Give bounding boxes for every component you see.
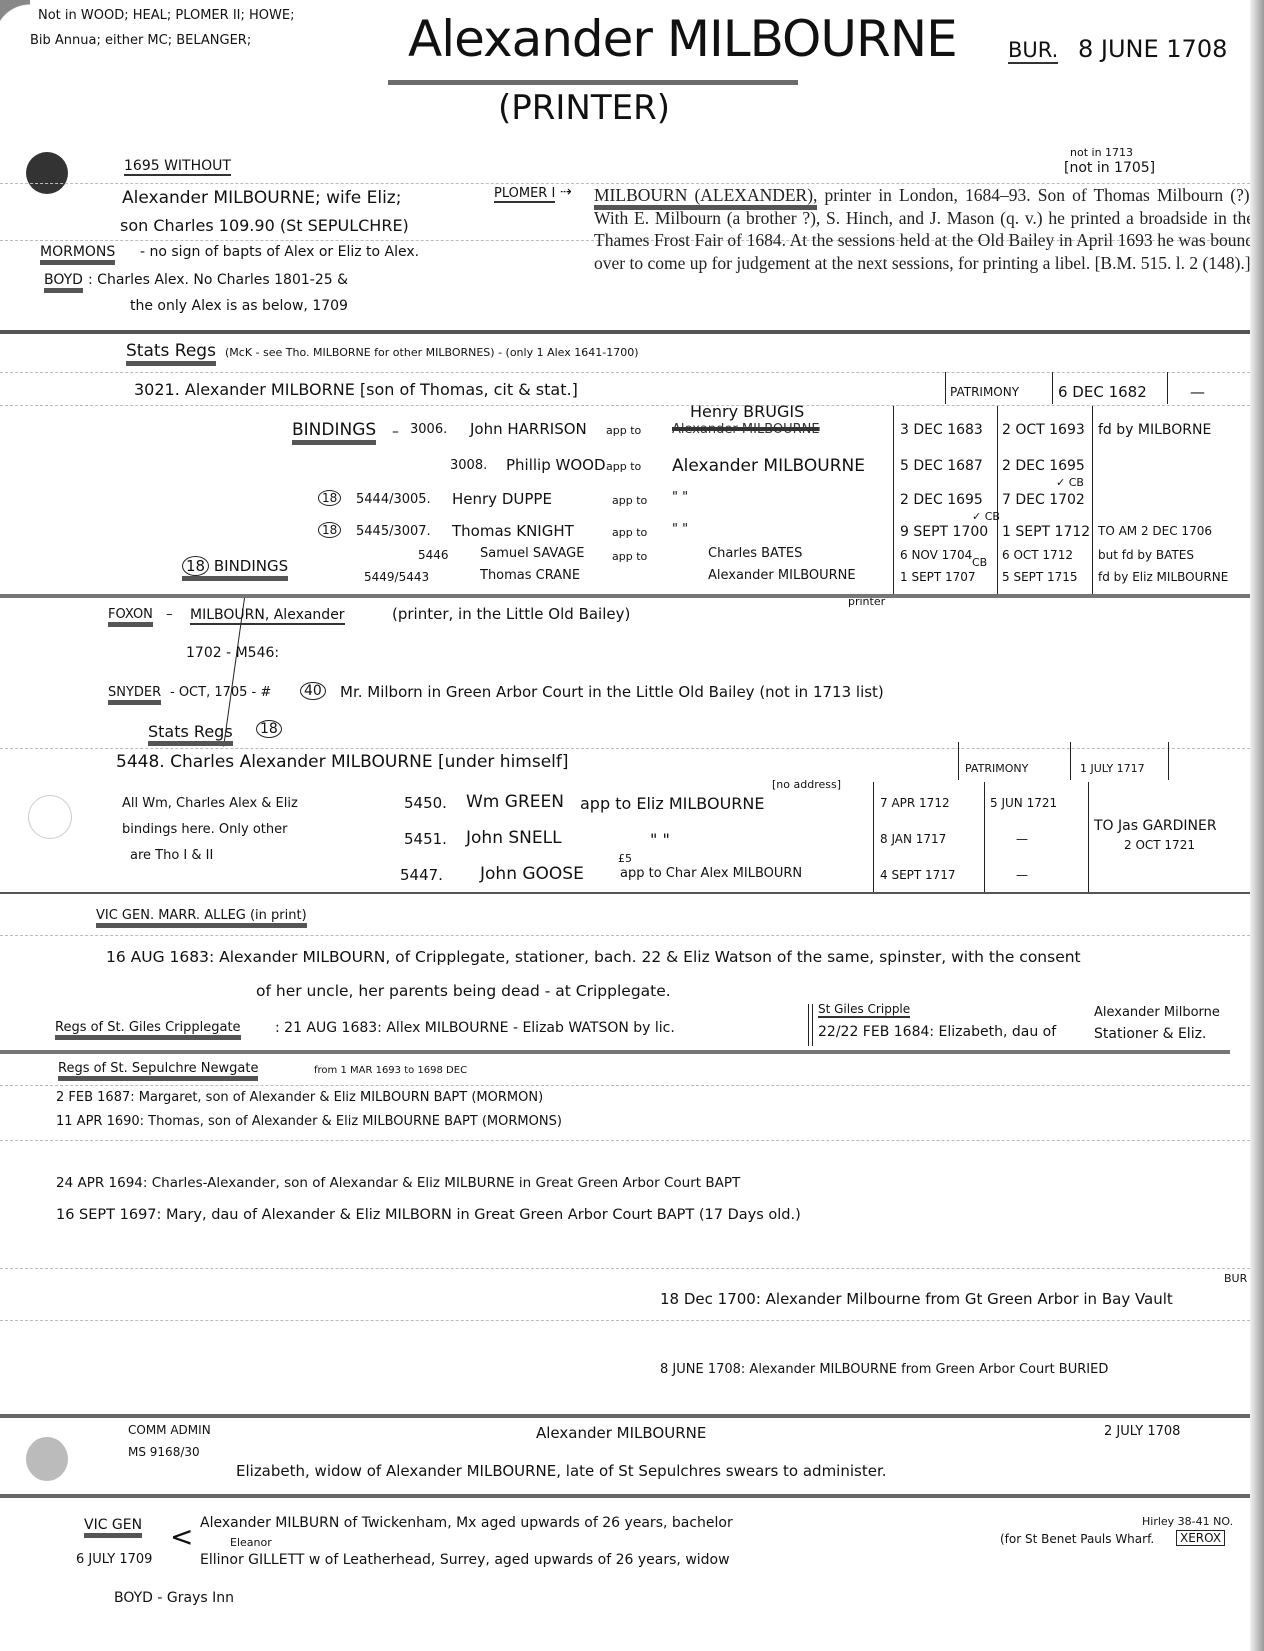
section-divider	[0, 594, 1250, 598]
entry2-status: PATRIMONY	[965, 762, 1028, 775]
binding-app: app to	[612, 526, 647, 539]
stats-regs-heading: Stats Regs	[126, 341, 216, 366]
transfer-note-1: TO Jas GARDINER	[1094, 818, 1217, 834]
binding-app: app to	[606, 424, 641, 437]
binding-freed-date: 6 OCT 1712	[1002, 548, 1073, 562]
punch-hole	[28, 795, 72, 839]
binding-freed-date: 5 SEPT 1715	[1002, 570, 1078, 584]
foxon-label: FOXON	[108, 607, 153, 627]
vic-gen-marr-line1: 16 AUG 1683: Alexander MILBOURN, of Crip…	[106, 948, 1081, 966]
binding-bound-date: 9 SEPT 1700	[900, 524, 988, 540]
binding-note: but fd by BATES	[1098, 548, 1194, 562]
binding-master: " "	[672, 522, 688, 537]
section-divider	[0, 330, 1250, 334]
stats-regs-entry: 3021. Alexander MILBORNE [son of Thomas,…	[134, 380, 578, 399]
comm-admin-text: Elizabeth, widow of Alexander MILBOURNE,…	[236, 1462, 887, 1480]
check-icon: ✓ CB	[1056, 476, 1084, 489]
plomer-label: PLOMER I	[494, 186, 555, 203]
vic-gen-note-top: Hirley 38-41 NO.	[1142, 1515, 1233, 1528]
binding2-bound-date: 7 APR 1712	[880, 796, 950, 810]
binding-name: Thomas KNIGHT	[452, 522, 574, 540]
burial-entry-2: 8 JUNE 1708: Alexander MILBOURNE from Gr…	[660, 1362, 1108, 1377]
st-giles-bapt-text: 22/22 FEB 1684: Elizabeth, dau of	[818, 1024, 1056, 1040]
bindings18-text: BINDINGS	[214, 557, 288, 575]
punch-hole	[26, 1437, 68, 1481]
binding-note: fd by MILBORNE	[1098, 422, 1211, 438]
binding-master: Alexander MILBOURNE	[708, 568, 856, 583]
plomer-margin-note: [not in 1705]	[1064, 160, 1155, 176]
section-divider	[0, 1494, 1250, 1498]
binding2-name: Wm GREEN	[466, 792, 564, 812]
binding-freed-date: 7 DEC 1702	[1002, 492, 1085, 508]
sepulchre-entry-1: 2 FEB 1687: Margaret, son of Alexander &…	[56, 1090, 543, 1105]
punch-hole	[26, 152, 68, 194]
page-corner	[0, 0, 30, 40]
vic-gen-label: VIC GEN	[84, 1517, 142, 1538]
mark-18: 18	[318, 522, 341, 538]
binding2-bound-date: 4 SEPT 1717	[880, 868, 956, 882]
binding-ref: 5449/5443	[364, 570, 429, 584]
foxon-text: (printer, in the Little Old Bailey)	[392, 605, 630, 623]
burial-entry-1: 18 Dec 1700: Alexander Milbourne from Gt…	[660, 1290, 1173, 1308]
no-address-note: [no address]	[772, 778, 841, 791]
binding2-name: John GOOSE	[480, 864, 584, 884]
mormons-text: - no sign of bapts of Alex or Eliz to Al…	[140, 244, 419, 260]
binding2-ref: 5451.	[404, 830, 447, 848]
bindings-label: BINDINGS	[292, 420, 376, 445]
stats-regs-note: (McK - see Tho. MILBORNE for other MILBO…	[225, 346, 639, 359]
page-title: Alexander MILBOURNE	[408, 10, 957, 68]
st-giles-label: Regs of St. Giles Cripplegate	[55, 1020, 241, 1040]
snyder-number: 40	[300, 682, 326, 700]
side-note-line: are Tho I & II	[130, 848, 213, 863]
section-1695-line1: Alexander MILBOURNE; wife Eliz;	[122, 188, 401, 208]
binding-bound-date: 1 SEPT 1707	[900, 570, 976, 584]
mark-18: 18	[318, 490, 341, 506]
binding-ref: 5446	[418, 548, 449, 562]
mark-18: 18	[182, 556, 209, 576]
arrow-right-icon: ⇢	[560, 184, 572, 200]
binding2-fee: £5	[618, 852, 632, 865]
binding-bound-date: 2 DEC 1695	[900, 492, 983, 508]
binding-name: Thomas CRANE	[480, 568, 580, 583]
binding-ref: 5445/3007.	[356, 524, 431, 539]
comm-admin-date: 2 JULY 1708	[1104, 1424, 1180, 1439]
binding-freed-date: 2 OCT 1693	[1002, 422, 1085, 438]
page-edge	[1250, 0, 1264, 1651]
comm-admin-label1: COMM ADMIN	[128, 1423, 211, 1437]
binding-name: Henry DUPPE	[452, 490, 552, 508]
st-sepulchre-range: from 1 MAR 1693 to 1698 DEC	[314, 1065, 467, 1076]
binding-note: TO AM 2 DEC 1706	[1098, 524, 1212, 538]
vic-gen-line2-above: Eleanor	[230, 1536, 272, 1549]
sepulchre-entry-3: 24 APR 1694: Charles-Alexander, son of A…	[56, 1175, 740, 1191]
binding-name: Samuel SAVAGE	[480, 546, 584, 561]
binding-bound-date: 3 DEC 1683	[900, 422, 983, 438]
bracket-icon: <	[170, 1520, 193, 1553]
snyder-label: SNYDER	[108, 685, 161, 705]
st-sepulchre-label: Regs of St. Sepulchre Newgate	[58, 1061, 258, 1081]
binding-master: " "	[672, 490, 688, 505]
vic-gen-date: 6 JULY 1709	[76, 1552, 152, 1567]
st-giles-bapt-parent-top: Alexander Milborne	[1094, 1005, 1220, 1020]
occupation: (PRINTER)	[498, 88, 670, 128]
boyd-text: : Charles Alex. No Charles 1801-25 &	[88, 272, 348, 288]
section-divider	[0, 1050, 1230, 1054]
binding-bound-date: 6 NOV 1704	[900, 548, 972, 562]
binding-master: Henry BRUGIS	[690, 402, 804, 421]
bindings18-label: 18 BINDINGS	[182, 556, 288, 581]
plomer-margin-note-top: not in 1713	[1070, 146, 1133, 159]
binding2-text: " "	[650, 830, 670, 849]
burial-date: 8 JUNE 1708	[1078, 35, 1227, 63]
binding-freed-date: 1 SEPT 1712	[1002, 524, 1090, 540]
binding-bound-date: 5 DEC 1687	[900, 458, 983, 474]
st-giles-bapt-label: St Giles Cripple	[818, 1002, 910, 1018]
binding2-bound-date: 8 JAN 1717	[880, 832, 946, 846]
bur-label: BUR	[1224, 1272, 1247, 1285]
binding-app: app to	[612, 550, 647, 563]
comm-admin-name: Alexander MILBOURNE	[536, 1424, 706, 1442]
comm-admin-label2: MS 9168/30	[128, 1445, 200, 1459]
foxon-line2: 1702 - M546:	[186, 645, 279, 661]
section-divider	[0, 892, 1250, 894]
check-icon: CB	[972, 556, 987, 569]
entry-status: PATRIMONY	[950, 385, 1019, 399]
entry-note: —	[1190, 383, 1205, 401]
entry2-date: 1 JULY 1717	[1080, 762, 1145, 775]
binding-struck: Alexander MILBOURNE	[672, 422, 820, 437]
plomer-extract: MILBOURN (ALEXANDER), printer in London,…	[594, 184, 1254, 274]
binding2-freed-date: 5 JUN 1721	[990, 796, 1057, 810]
stats-regs2-entry: 5448. Charles Alexander MILBOURNE [under…	[116, 752, 569, 772]
st-giles-text: : 21 AUG 1683: Allex MILBOURNE - Elizab …	[275, 1020, 675, 1036]
binding-ref: 3008.	[450, 458, 487, 473]
entry-date: 6 DEC 1682	[1058, 383, 1147, 401]
top-note-line2: Bib Annua; either MC; BELANGER;	[30, 33, 251, 48]
section-1695-heading: 1695 WITHOUT	[124, 158, 231, 176]
boyd-label: BOYD	[44, 272, 83, 293]
binding2-ref: 5450.	[404, 794, 447, 812]
binding2-text: app to Char Alex MILBOURN	[620, 866, 802, 881]
boyd-text2: the only Alex is as below, 1709	[130, 298, 348, 314]
note-page: Not in WOOD; HEAL; PLOMER II; HOWE; Bib …	[0, 0, 1250, 1651]
binding-master: Charles BATES	[708, 546, 802, 561]
top-note-line1: Not in WOOD; HEAL; PLOMER II; HOWE;	[38, 8, 294, 23]
side-note-line: All Wm, Charles Alex & Eliz	[122, 796, 298, 811]
stats-regs2-heading: Stats Regs	[148, 722, 233, 746]
binding2-freed-date: —	[1016, 868, 1028, 882]
section-1695-line2: son Charles 109.90 (St SEPULCHRE)	[120, 216, 409, 235]
binding2-ref: 5447.	[400, 866, 443, 884]
plomer-heading: MILBOURN (ALEXANDER),	[594, 185, 817, 210]
mormons-label: MORMONS	[40, 244, 115, 265]
binding-app: app to	[612, 494, 647, 507]
transfer-note-2: 2 OCT 1721	[1124, 838, 1195, 852]
binding2-freed-date: —	[1016, 832, 1028, 846]
sepulchre-entry-2: 11 APR 1690: Thomas, son of Alexander & …	[56, 1114, 562, 1129]
snyder-text2: Mr. Milborn in Green Arbor Court in the …	[340, 683, 884, 701]
binding2-text: app to Eliz MILBOURNE	[580, 794, 764, 813]
check-icon: ✓ CB	[972, 510, 1000, 523]
vic-gen-line2: Ellinor GILLETT w of Leatherhead, Surrey…	[200, 1552, 730, 1568]
vic-gen-note: (for St Benet Pauls Wharf.	[1000, 1532, 1154, 1546]
binding-name: Phillip WOOD	[506, 456, 606, 474]
title-underline	[388, 80, 798, 85]
xerox-badge: XEROX	[1176, 1530, 1225, 1546]
binding-ref: 3006.	[410, 422, 447, 437]
mark-18: 18	[256, 720, 282, 738]
sepulchre-entry-4: 16 SEPT 1697: Mary, dau of Alexander & E…	[56, 1207, 801, 1223]
binding2-name: John SNELL	[466, 828, 562, 848]
binding-note: fd by Eliz MILBOURNE	[1098, 570, 1228, 584]
binding-master: Alexander MILBOURNE	[672, 456, 865, 476]
boyd-grays-inn: BOYD - Grays Inn	[114, 1590, 234, 1606]
side-note-line: bindings here. Only other	[122, 822, 287, 837]
st-giles-bapt-parent: Stationer & Eliz.	[1094, 1026, 1206, 1042]
binding-freed-date: 2 DEC 1695	[1002, 458, 1085, 474]
burial-label: BUR.	[1008, 38, 1058, 64]
vic-gen-marr-heading: VIC GEN. MARR. ALLEG (in print)	[96, 908, 307, 928]
binding-app: app to	[606, 460, 641, 473]
snyder-text1: - OCT, 1705 - #	[170, 685, 271, 700]
foxon-name: MILBOURN, Alexander	[190, 607, 345, 625]
binding-name: John HARRISON	[470, 420, 587, 438]
binding-ref: 5444/3005.	[356, 492, 431, 507]
vic-gen-marr-line2: of her uncle, her parents being dead - a…	[256, 982, 671, 1000]
section-divider	[0, 1414, 1250, 1418]
vic-gen-line1: Alexander MILBURN of Twickenham, Mx aged…	[200, 1515, 733, 1531]
